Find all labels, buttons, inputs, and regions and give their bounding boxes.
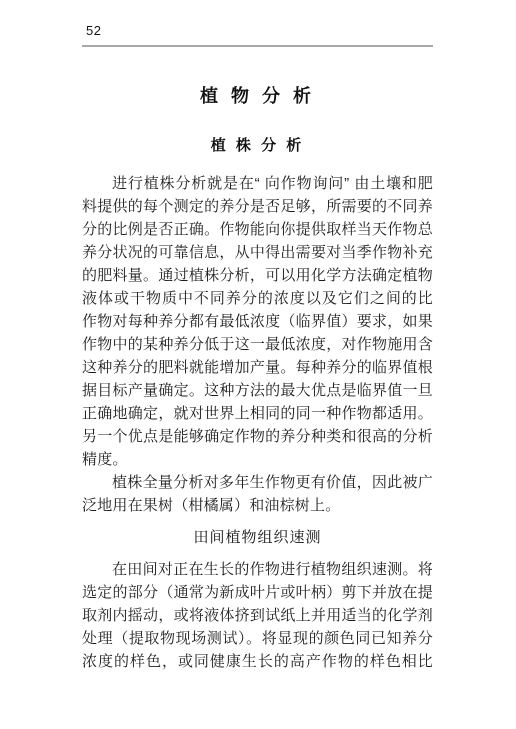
page-title: 植 物 分 析 (82, 87, 433, 105)
body-line: 精度。 (82, 448, 433, 471)
body-line: 养分状况的可靠信息，从中得出需要对当季作物补充 (82, 241, 433, 264)
body-line: 植株全量分析对多年生作物更有价值，因此被广 (82, 471, 433, 494)
body-line: 料提供的每个测定的养分是否足够，所需要的不同养 (82, 195, 433, 218)
section-heading-plant-body-analysis: 植 株 分 析 (82, 138, 433, 153)
body-line: 浓度的样色，或同健康生长的高产作物的样色相比 (82, 650, 433, 673)
body-line: 的肥料量。通过植株分析，可以用化学方法确定植物 (82, 264, 433, 287)
body-line: 这种养分的肥料就能增加产量。每种养分的临界值根 (82, 356, 433, 379)
section-heading-field-tissue-test: 田间植物组织速测 (82, 526, 433, 549)
document-page: 52 植 物 分 析 植 株 分 析 进行植株分析就是在“ 向作物询问” 由土壤… (0, 0, 516, 729)
body-line: 进行植株分析就是在“ 向作物询问” 由土壤和肥 (82, 172, 433, 195)
paragraph-whole-plant-analysis: 植株全量分析对多年生作物更有价值，因此被广 泛地用在果树（柑橘属）和油棕树上。 (82, 471, 433, 517)
page-number: 52 (82, 24, 433, 45)
body-line: 作物对每种养分都有最低浓度（临界值）要求，如果 (82, 310, 433, 333)
body-line: 分的比例是否正确。作物能向你提供取样当天作物总 (82, 218, 433, 241)
body-line: 另一个优点是能够确定作物的养分种类和很高的分析 (82, 425, 433, 448)
paragraph-field-tissue-test: 在田间对正在生长的作物进行植物组织速测。将 选定的部分（通常为新成叶片或叶柄）剪… (82, 558, 433, 673)
body-line: 选定的部分（通常为新成叶片或叶柄）剪下并放在提 (82, 581, 433, 604)
body-line: 泛地用在果树（柑橘属）和油棕树上。 (82, 494, 433, 517)
running-head: 52 (82, 24, 433, 47)
body-line: 处理（提取物现场测试）。将显现的颜色同已知养分 (82, 627, 433, 650)
body-line: 据目标产量确定。这种方法的最大优点是临界值一旦 (82, 379, 433, 402)
body-line: 作物中的某种养分低于这一最低浓度，对作物施用含 (82, 333, 433, 356)
paragraph-plant-analysis-intro: 进行植株分析就是在“ 向作物询问” 由土壤和肥 料提供的每个测定的养分是否足够，… (82, 172, 433, 471)
body-line: 在田间对正在生长的作物进行植物组织速测。将 (82, 558, 433, 581)
header-rule (82, 45, 433, 47)
body-line: 液体或干物质中不同养分的浓度以及它们之间的比例。 (82, 287, 433, 310)
body-line: 正确地确定，就对世界上相同的同一种作物都适用。 (82, 402, 433, 425)
body-line: 取剂内摇动，或将液体挤到试纸上并用适当的化学剂 (82, 604, 433, 627)
